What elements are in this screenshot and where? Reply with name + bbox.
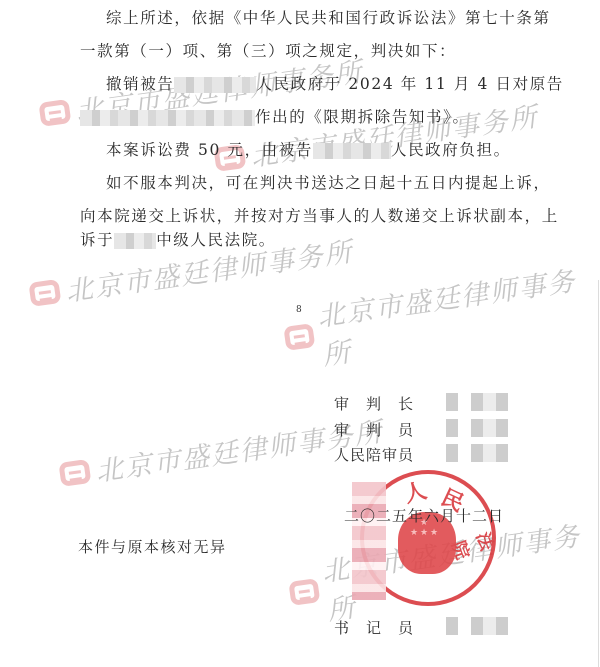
- appeal-text: 诉于: [80, 231, 114, 249]
- redacted-name: [446, 419, 508, 437]
- paragraph-appeal-line3: 诉于中级人民法院。: [80, 230, 276, 250]
- signature-people-assessor: 人民陪审员: [334, 444, 420, 465]
- paragraph-judgment-line2: 作出的《限期拆除告知书》。: [80, 107, 470, 127]
- page-number: 8: [296, 305, 302, 315]
- redacted-defendant: [313, 143, 391, 159]
- appeal-text: 中级人民法院。: [156, 231, 276, 249]
- judgment-text: 人民政府于 2024 年 11 月 4 日对原告: [256, 75, 564, 93]
- judgment-date: 二〇二五年六月十二日: [344, 505, 504, 526]
- judgment-text: 作出的《限期拆除告知书》。: [255, 108, 470, 126]
- watermark-text: 北京市盛廷律师事务所: [315, 257, 600, 373]
- law-firm-logo-icon: [58, 458, 91, 486]
- judgment-text: 撤销被告: [106, 75, 174, 93]
- law-firm-logo-icon: [283, 323, 315, 351]
- signature-label: 审 判 员: [334, 419, 420, 440]
- signature-label: 人民陪审员: [334, 444, 420, 465]
- star-icon: ★: [420, 528, 428, 538]
- paragraph-judgment-line1: 撤销被告人民政府于 2024 年 11 月 4 日对原告: [106, 74, 564, 94]
- signature-judge: 审 判 员: [334, 419, 420, 440]
- redacted-seal-area: [352, 482, 386, 600]
- paragraph-litigation-fee: 本案诉讼费 50 元，由被告人民政府负担。: [106, 140, 511, 160]
- redacted-name: [446, 444, 508, 462]
- star-icon: ★: [430, 528, 438, 538]
- paragraph-appeal-line2: 向本院递交上诉状，并按对方当事人的人数递交上诉状副本，上: [80, 206, 559, 226]
- copy-verification-note: 本件与原本核对无异: [78, 536, 227, 557]
- signature-label: 书 记 员: [334, 617, 420, 638]
- signature-clerk: 书 记 员: [334, 617, 420, 638]
- redacted-court: [114, 233, 156, 249]
- redacted-name: [446, 617, 508, 635]
- fee-text: 本案诉讼费 50 元，由被告: [106, 141, 313, 159]
- page-edge: [598, 280, 599, 667]
- fee-text: 人民政府负担。: [391, 141, 511, 159]
- redacted-plaintiff: [80, 110, 255, 126]
- law-firm-logo-icon: [28, 278, 61, 306]
- law-firm-logo-icon: [38, 98, 71, 126]
- signature-label: 审 判 长: [334, 393, 420, 414]
- signature-presiding-judge: 审 判 长: [334, 393, 420, 414]
- watermark: 北京市盛廷律师事务所: [280, 257, 600, 378]
- star-icon: ★: [410, 528, 418, 538]
- paragraph-legal-basis-line2: 一款第（一）项、第（三）项之规定，判决如下：: [80, 41, 456, 61]
- law-firm-logo-icon: [288, 578, 320, 606]
- paragraph-appeal-line1: 如不服本判决，可在判决书送达之日起十五日内提起上诉，: [106, 173, 551, 193]
- paragraph-legal-basis-line1: 综上所述，依据《中华人民共和国行政诉讼法》第七十条第: [106, 8, 551, 28]
- redacted-name: [446, 393, 508, 411]
- redacted-defendant: [174, 77, 256, 93]
- seal-char: 人: [400, 474, 429, 510]
